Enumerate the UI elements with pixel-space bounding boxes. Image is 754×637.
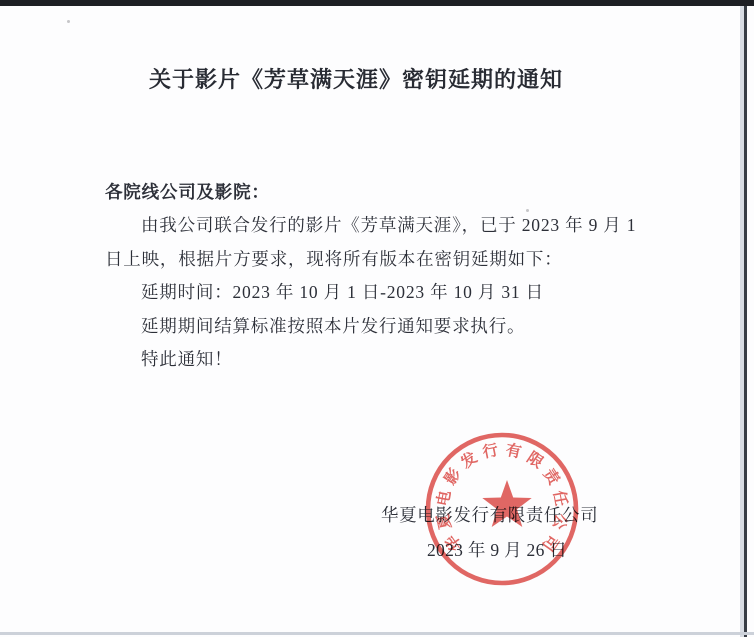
body-line: 延期时间：2023 年 10 月 1 日-2023 年 10 月 31 日 xyxy=(105,276,665,309)
body-line: 日上映，根据片方要求，现将所有版本在密钥延期如下： xyxy=(105,243,665,276)
seal-char: 任 xyxy=(550,489,572,508)
seal-char: 华 xyxy=(441,531,466,555)
seal-char: 电 xyxy=(433,488,455,507)
body-lines: 各院线公司及影院：由我公司联合发行的影片《芳草满天涯》，已于 2023 年 9 … xyxy=(105,176,665,376)
document-page: 关于影片《芳草满天涯》密钥延期的通知 各院线公司及影院：由我公司联合发行的影片《… xyxy=(0,0,754,637)
body-line: 各院线公司及影院： xyxy=(105,176,665,209)
seal-char: 责 xyxy=(540,465,564,489)
scan-edge-bottom xyxy=(0,632,754,635)
scan-edge-top xyxy=(0,0,754,6)
star-icon xyxy=(482,480,531,527)
scan-edge-right-dark xyxy=(744,6,747,637)
seal-char: 影 xyxy=(440,464,465,488)
seal-char: 司 xyxy=(539,531,563,555)
body-line: 延期期间结算标准按照本片发行通知要求执行。 xyxy=(105,310,665,343)
document-title: 关于影片《芳草满天涯》密钥延期的通知 xyxy=(0,63,712,94)
scan-speck xyxy=(67,20,70,23)
seal-char: 夏 xyxy=(433,512,455,532)
seal-char: 行 xyxy=(481,440,500,462)
seal-char: 有 xyxy=(504,440,523,462)
seal-char: 公 xyxy=(549,512,570,531)
body-line: 特此通知！ xyxy=(105,343,665,376)
body-line: 由我公司联合发行的影片《芳草满天涯》，已于 2023 年 9 月 1 xyxy=(105,209,665,242)
seal-char: 限 xyxy=(524,448,548,473)
company-seal: 华夏电影发行有限责任公司 xyxy=(420,427,584,591)
